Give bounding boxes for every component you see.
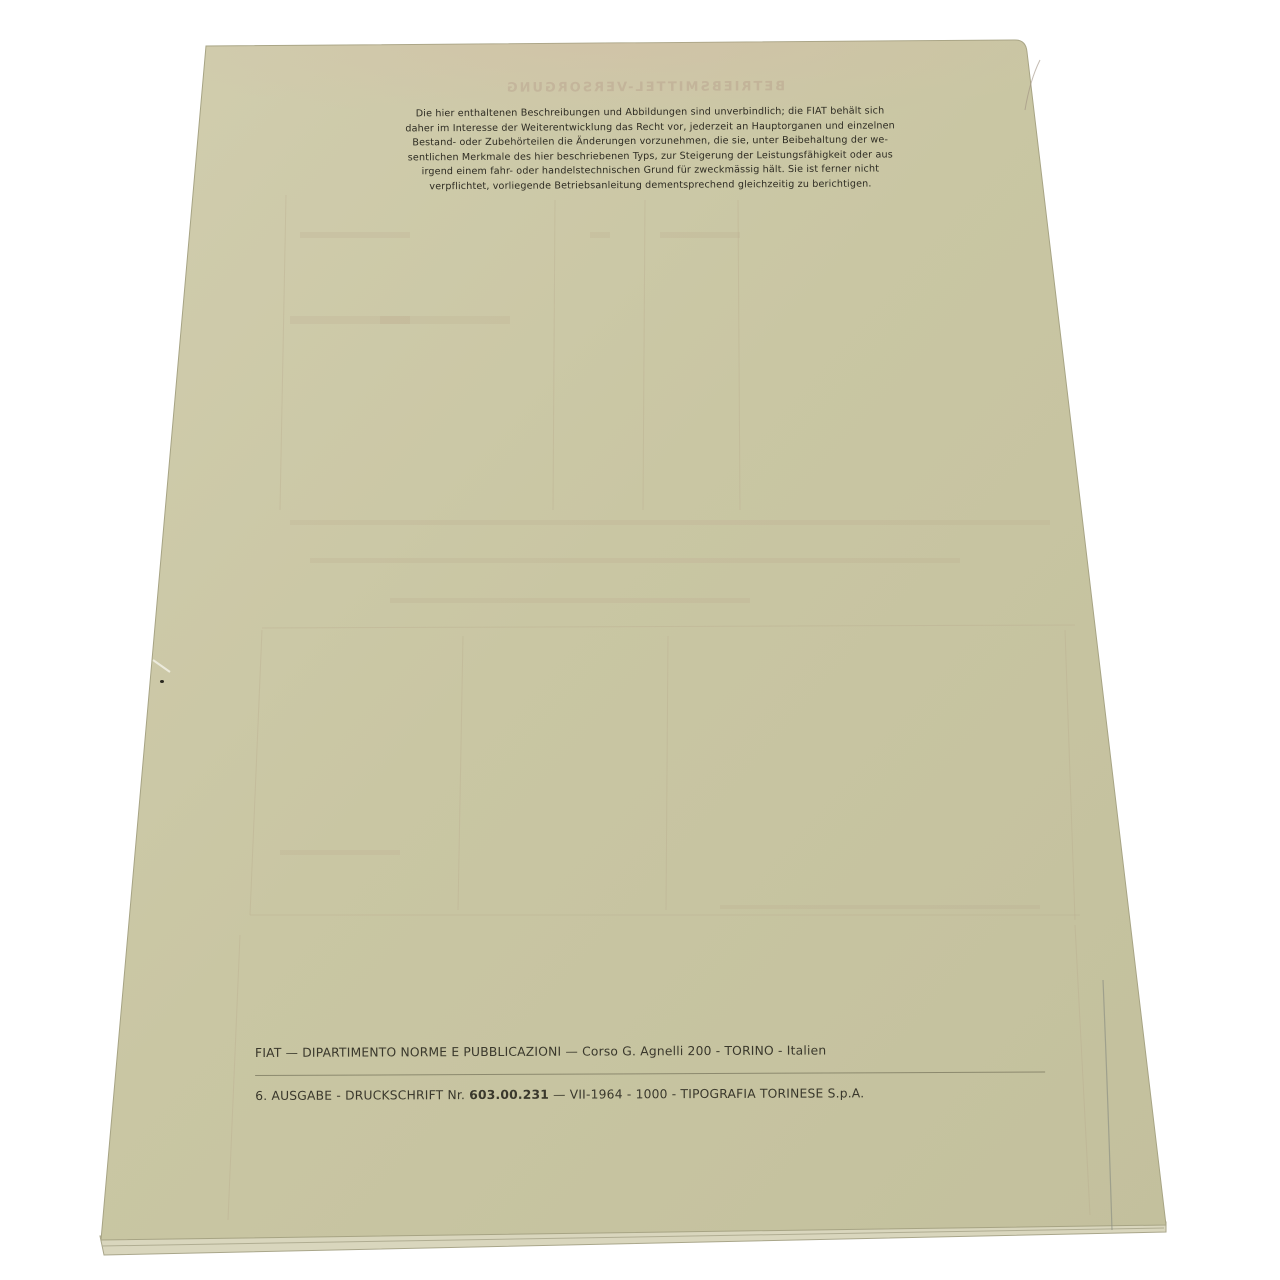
photo-stage: BETRIEBSMITTEL-VERSORGUNG Die hier entha… [0, 0, 1280, 1280]
edition-prefix: 6. AUSGABE - DRUCKSCHRIFT Nr. [255, 1088, 469, 1103]
publisher-line: FIAT — DIPARTIMENTO NORME E PUBBLICAZION… [255, 1040, 1045, 1067]
publisher-footer: FIAT — DIPARTIMENTO NORME E PUBBLICAZION… [255, 1040, 1045, 1106]
show-through-heading: BETRIEBSMITTEL-VERSORGUNG [345, 78, 945, 96]
edition-suffix: — VII-1964 - 1000 - TIPOGRAFIA TORINESE … [549, 1086, 864, 1101]
disclaimer-paragraph: Die hier enthaltenen Beschreibungen und … [305, 104, 996, 196]
document-number: 603.00.231 [469, 1088, 549, 1102]
footer-divider [255, 1072, 1045, 1076]
edition-line: 6. AUSGABE - DRUCKSCHRIFT Nr. 603.00.231… [255, 1083, 1045, 1106]
